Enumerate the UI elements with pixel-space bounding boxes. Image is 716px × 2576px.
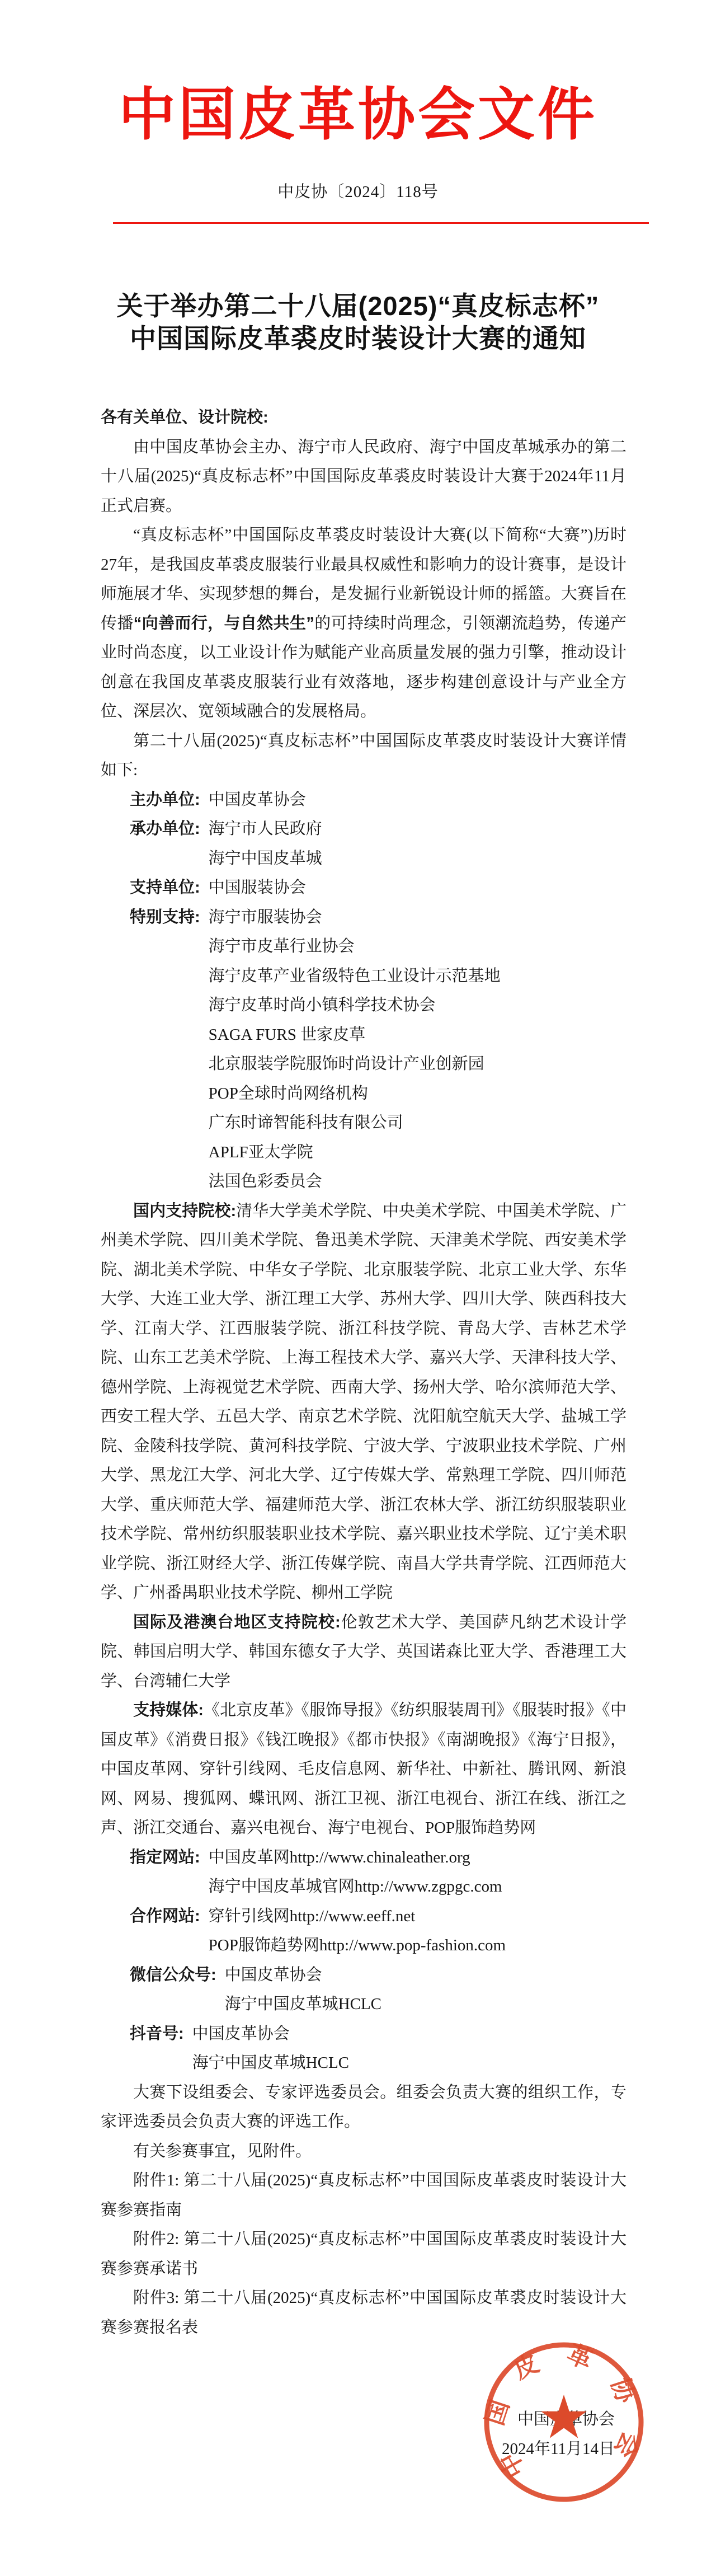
organizer-label: 主办单位: <box>130 785 209 815</box>
organizer-values: 海宁市服装协会海宁市皮革行业协会海宁皮革产业省级特色工业设计示范基地海宁皮革时尚… <box>209 903 501 1196</box>
organizer-value: 海宁市皮革行业协会 <box>209 932 501 961</box>
website-value: 中国皮革协会 <box>192 2019 349 2049</box>
organizer-value: 中国服装协会 <box>209 873 306 903</box>
attachment-list: 附件1: 第二十八届(2025)“真皮标志杯”中国国际皮革裘皮时装设计大赛参赛指… <box>101 2166 626 2342</box>
website-item: 抖音号: 中国皮革协会海宁中国皮革城HCLC <box>130 2019 626 2078</box>
agency-banner-title: 中国皮革协会文件 <box>0 0 716 148</box>
website-value: 中国皮革网http://www.chinaleather.org <box>209 1843 502 1873</box>
paragraph-domestic-colleges: 国内支持院校:清华大学美术学院、中央美术学院、中国美术学院、广州美术学院、四川美… <box>101 1196 626 1608</box>
website-item: 指定网站: 中国皮革网http://www.chinaleather.org海宁… <box>130 1843 626 1902</box>
domestic-colleges-text: 清华大学美术学院、中央美术学院、中国美术学院、广州美术学院、四川美术学院、鲁迅美… <box>101 1202 626 1602</box>
website-values: 中国皮革协会海宁中国皮革城HCLC <box>192 2019 349 2078</box>
salutation: 各有关单位、设计院校: <box>101 403 626 433</box>
attachment-line: 附件3: 第二十八届(2025)“真皮标志杯”中国国际皮革裘皮时装设计大赛参赛报… <box>101 2283 626 2342</box>
official-seal-icon: 中国皮革协会 <box>483 2341 645 2503</box>
organizer-label: 承办单位: <box>130 814 209 844</box>
organizer-label: 支持单位: <box>130 873 209 903</box>
header-divider-line <box>113 222 649 224</box>
website-item: 微信公众号: 中国皮革协会海宁中国皮革城HCLC <box>130 1960 626 2019</box>
organizer-item: 特别支持: 海宁市服装协会海宁市皮革行业协会海宁皮革产业省级特色工业设计示范基地… <box>130 903 626 1196</box>
paragraph-intl-colleges: 国际及港澳台地区支持院校:伦敦艺术大学、美国萨凡纳艺术设计学院、韩国启明大学、韩… <box>101 1608 626 1696</box>
website-value: 海宁中国皮革城官网http://www.zgpgc.com <box>209 1872 502 1902</box>
organizer-value: 海宁中国皮革城 <box>209 844 322 874</box>
website-label: 合作网站: <box>130 1902 209 1931</box>
paragraph-details-lead: 第二十八届(2025)“真皮标志杯”中国国际皮革裘皮时装设计大赛详情如下: <box>101 726 626 785</box>
website-values: 中国皮革网http://www.chinaleather.org海宁中国皮革城官… <box>209 1843 502 1902</box>
organizer-value: APLF亚太学院 <box>209 1138 501 1167</box>
document-page: 中国皮革协会文件 中皮协〔2024〕118号 关于举办第二十八届(2025)“真… <box>0 0 716 2576</box>
organizer-value: 法国色彩委员会 <box>209 1167 501 1196</box>
organizer-value: 海宁皮革时尚小镇科学技术协会 <box>209 991 501 1020</box>
organizer-item: 支持单位: 中国服装协会 <box>130 873 626 903</box>
domestic-colleges-label: 国内支持院校: <box>133 1202 236 1220</box>
organizer-item: 主办单位: 中国皮革协会 <box>130 785 626 815</box>
website-value: 海宁中国皮革城HCLC <box>225 1990 381 2019</box>
organizer-value: 北京服装学院服饰时尚设计产业创新园 <box>209 1049 501 1079</box>
website-value: 穿针引线网http://www.eeff.net <box>209 1902 506 1931</box>
website-list: 指定网站: 中国皮革网http://www.chinaleather.org海宁… <box>130 1843 626 2078</box>
notice-title-line2: 中国国际皮革裘皮时装设计大赛的通知 <box>0 322 716 355</box>
website-item: 合作网站: 穿针引线网http://www.eeff.netPOP服饰趋势网ht… <box>130 1902 626 1960</box>
website-label: 微信公众号: <box>130 1960 225 1990</box>
organizer-value: 海宁市服装协会 <box>209 903 501 932</box>
website-label: 指定网站: <box>130 1843 209 1873</box>
organizer-values: 中国服装协会 <box>209 873 306 903</box>
seal-star-icon <box>541 2395 587 2438</box>
organizer-value: 海宁皮革产业省级特色工业设计示范基地 <box>209 961 501 991</box>
organizer-value: SAGA FURS 世家皮草 <box>209 1020 501 1050</box>
website-label: 抖音号: <box>130 2019 192 2049</box>
paragraph-attachment-note: 有关参赛事宜，见附件。 <box>101 2137 626 2166</box>
organizer-label: 特别支持: <box>130 903 209 932</box>
document-number: 中皮协〔2024〕118号 <box>0 179 716 202</box>
notice-title: 关于举办第二十八届(2025)“真皮标志杯” 中国国际皮革裘皮时装设计大赛的通知 <box>0 290 716 355</box>
website-values: 中国皮革协会海宁中国皮革城HCLC <box>225 1960 381 2019</box>
paragraph-intro: 由中国皮革协会主办、海宁市人民政府、海宁中国皮革城承办的第二十八届(2025)“… <box>101 433 626 521</box>
document-body: 各有关单位、设计院校: 由中国皮革协会主办、海宁市人民政府、海宁中国皮革城承办的… <box>101 403 626 2342</box>
attachment-line: 附件2: 第二十八届(2025)“真皮标志杯”中国国际皮革裘皮时装设计大赛参赛承… <box>101 2225 626 2283</box>
intl-colleges-label: 国际及港澳台地区支持院校: <box>133 1613 341 1631</box>
organizer-list: 主办单位: 中国皮革协会 承办单位: 海宁市人民政府海宁中国皮革城 支持单位: … <box>130 785 626 1196</box>
organizer-value: POP全球时尚网络机构 <box>209 1079 501 1109</box>
organizer-item: 承办单位: 海宁市人民政府海宁中国皮革城 <box>130 814 626 873</box>
media-text: 《北京皮革》《服饰导报》《纺织服装周刊》《服装时报》《中国皮革》《消费日报》《钱… <box>101 1701 626 1837</box>
attachment-line: 附件1: 第二十八届(2025)“真皮标志杯”中国国际皮革裘皮时装设计大赛参赛指… <box>101 2166 626 2225</box>
website-value: POP服饰趋势网http://www.pop-fashion.com <box>209 1931 506 1960</box>
website-values: 穿针引线网http://www.eeff.netPOP服饰趋势网http://w… <box>209 1902 506 1960</box>
website-value: 中国皮革协会 <box>225 1960 381 1990</box>
organizer-values: 海宁市人民政府海宁中国皮革城 <box>209 814 322 873</box>
organizer-value: 海宁市人民政府 <box>209 814 322 844</box>
organizer-values: 中国皮革协会 <box>209 785 306 815</box>
paragraph-committee: 大赛下设组委会、专家评选委员会。组委会负责大赛的组织工作，专家评选委员会负责大赛… <box>101 2078 626 2137</box>
website-value: 海宁中国皮革城HCLC <box>192 2048 349 2078</box>
paragraph-background: “真皮标志杯”中国国际皮革裘皮时装设计大赛(以下简称“大赛”)历时27年，是我国… <box>101 520 626 726</box>
organizer-value: 广东时谛智能科技有限公司 <box>209 1108 501 1138</box>
media-label: 支持媒体: <box>133 1701 204 1719</box>
notice-title-line1: 关于举办第二十八届(2025)“真皮标志杯” <box>0 290 716 322</box>
organizer-value: 中国皮革协会 <box>209 785 306 815</box>
paragraph-media: 支持媒体:《北京皮革》《服饰导报》《纺织服装周刊》《服装时报》《中国皮革》《消费… <box>101 1696 626 1843</box>
